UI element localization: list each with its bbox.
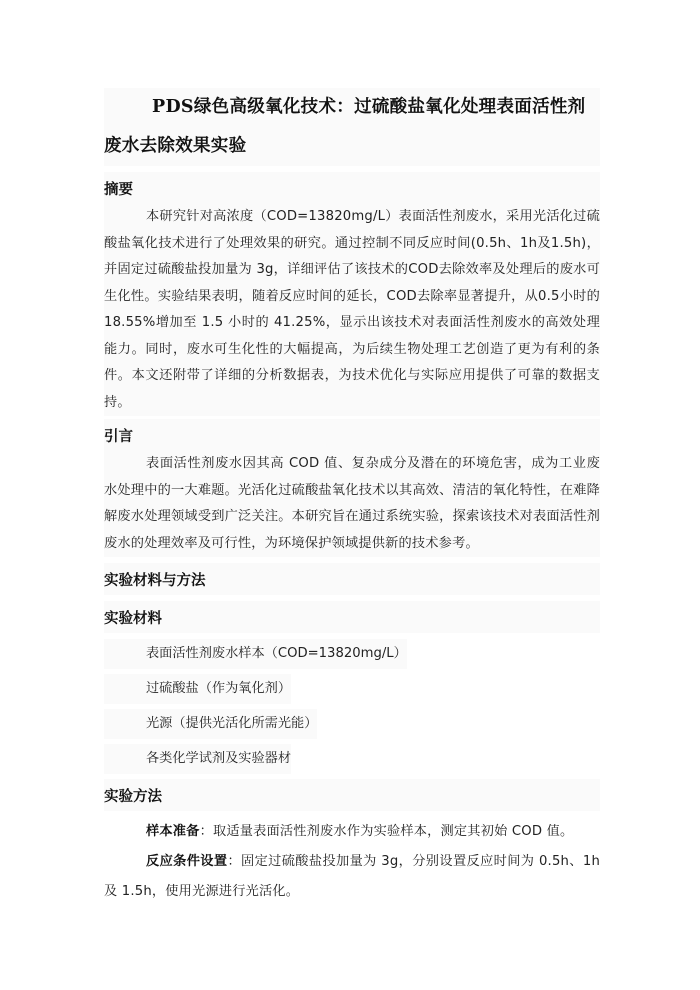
introduction-paragraph: 表面活性剂废水因其高 COD 值、复杂成分及潜在的环境危害，成为工业废水处理中的… <box>104 451 600 557</box>
list-item: 各类化学试剂及实验器材 <box>104 744 291 774</box>
list-item: 表面活性剂废水样本（COD=13820mg/L） <box>104 639 407 669</box>
section-heading-materials-methods: 实验材料与方法 <box>104 563 600 595</box>
document-title: PDS绿色高级氧化技术：过硫酸盐氧化处理表面活性剂废水去除效果实验 <box>104 88 600 166</box>
method-step-label: 反应条件设置 <box>146 854 227 869</box>
method-step-text: ：取适量表面活性剂废水作为实验样本，测定其初始 COD 值。 <box>200 824 574 839</box>
method-step-sample-prep: 样本准备：取适量表面活性剂废水作为实验样本，测定其初始 COD 值。 <box>104 817 600 847</box>
method-step-reaction-setup: 反应条件设置：固定过硫酸盐投加量为 3g，分别设置反应时间为 0.5h、1h及 … <box>104 847 600 907</box>
materials-list: 表面活性剂废水样本（COD=13820mg/L） 过硫酸盐（作为氧化剂） 光源（… <box>104 639 600 774</box>
subsection-heading-methods: 实验方法 <box>104 779 600 811</box>
abstract-paragraph: 本研究针对高浓度（COD=13820mg/L）表面活性剂废水，采用光活化过硫酸盐… <box>104 204 600 416</box>
list-item: 光源（提供光活化所需光能） <box>104 709 317 739</box>
methods-steps: 样本准备：取适量表面活性剂废水作为实验样本，测定其初始 COD 值。 反应条件设… <box>104 817 600 907</box>
section-heading-introduction: 引言 <box>104 419 600 451</box>
subsection-heading-materials: 实验材料 <box>104 601 600 633</box>
document-page: PDS绿色高级氧化技术：过硫酸盐氧化处理表面活性剂废水去除效果实验 摘要 本研究… <box>104 88 600 907</box>
method-step-label: 样本准备 <box>146 824 200 839</box>
list-item: 过硫酸盐（作为氧化剂） <box>104 674 291 704</box>
section-heading-abstract: 摘要 <box>104 172 600 204</box>
